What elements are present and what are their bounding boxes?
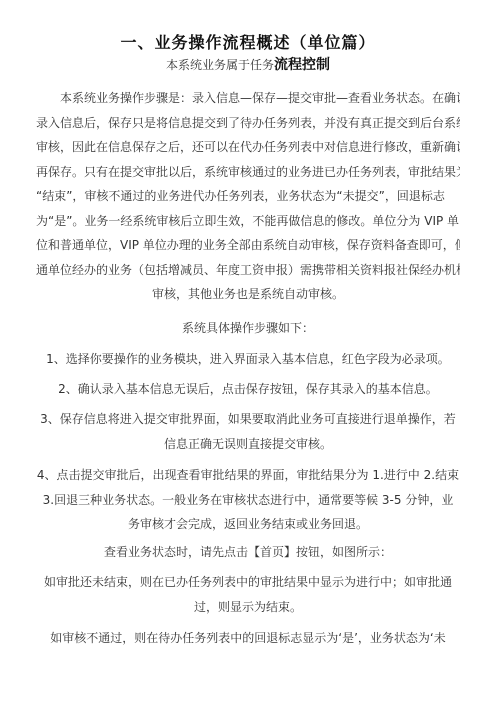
paragraph-line: 审核，其他业务也是系统自动审核。: [36, 282, 460, 307]
paragraph-line: 位和普通单位，VIP 单位办理的业务全部由系统自动审核，保存资料备查即可，但普: [36, 233, 460, 258]
paragraph-line: “结束”，审核不通过的业务进代办任务列表，业务状态为“未提交”，回退标志: [36, 184, 460, 209]
document-subtitle: 本系统业务属于任务流程控制: [0, 54, 496, 74]
subtitle-prefix: 本系统业务属于任务: [166, 58, 274, 72]
step-line: 4、点击提交审批后，出现查看审批结果的界面，审批结果分为 1.进行中 2.结束: [36, 463, 460, 488]
step-line: 3.回退三种业务状态。一般业务在审核状态进行中，通常要等候 3-5 分钟，业: [36, 488, 460, 513]
document-page: 一、业务操作流程概述（单位篇） 本系统业务属于任务流程控制 本系统业务操作步骤是…: [0, 0, 496, 702]
paragraph-line: 为“是”。业务一经系统审核后立即生效，不能再做信息的修改。单位分为 VIP 单: [36, 209, 460, 234]
step-2: 2、确认录入基本信息无误后，点击保存按钮，保存其录入的基本信息。: [36, 377, 460, 402]
step-line: 3、保存信息将进入提交审批界面，如果要取消此业务可直接进行退单操作，若: [36, 407, 460, 432]
step-line: 务审核才会完成，返回业务结束或业务回退。: [36, 512, 460, 537]
subtitle-emphasis: 流程控制: [274, 57, 330, 73]
rejection-note: 如审核不通过，则在待办任务列表中的回退标志显示为‘是’，业务状态为‘未: [36, 626, 460, 651]
step-1: 1、选择你要操作的业务模块，进入界面录入基本信息，红色字段为必录项。: [36, 347, 460, 372]
approval-pending-note: 如审批还未结束，则在已办任务列表中的审批结果中显示为进行中；如审批通 过，则显示…: [36, 570, 460, 619]
paragraph-line: 录入信息后，保存只是将信息提交到了待办任务列表，并没有真正提交到后台系统: [36, 111, 460, 136]
paragraph-line: 通单位经办的业务（包括增减员、年度工资申报）需携带相关资料报社保经办机构: [36, 258, 460, 283]
paragraph-line: 本系统业务操作步骤是：录入信息—保存—提交审批—查看业务状态。在确认: [36, 86, 460, 111]
note-line: 过，则显示为结束。: [36, 595, 460, 620]
step-line: 1、选择你要操作的业务模块，进入界面录入基本信息，红色字段为必录项。: [36, 347, 460, 372]
status-check-instruction: 查看业务状态时，请先点击【首页】按钮，如图所示：: [36, 540, 460, 565]
steps-heading: 系统具体操作步骤如下：: [36, 316, 460, 341]
step-line: 信息正确无误则直接提交审核。: [36, 432, 460, 457]
paragraph-line: 再保存。只有在提交审批以后，系统审核通过的业务进已办任务列表，审批结果为: [36, 160, 460, 185]
status-check-text: 查看业务状态时，请先点击【首页】按钮，如图所示：: [36, 540, 460, 565]
step-3: 3、保存信息将进入提交审批界面，如果要取消此业务可直接进行退单操作，若 信息正确…: [36, 407, 460, 456]
paragraph-line: 审核，因此在信息保存之后，还可以在代办任务列表中对信息进行修改，重新确认: [36, 135, 460, 160]
step-line: 2、确认录入基本信息无误后，点击保存按钮，保存其录入的基本信息。: [36, 377, 460, 402]
intro-paragraph: 本系统业务操作步骤是：录入信息—保存—提交审批—查看业务状态。在确认 录入信息后…: [36, 86, 460, 307]
steps-heading-text: 系统具体操作步骤如下：: [36, 316, 460, 341]
step-4: 4、点击提交审批后，出现查看审批结果的界面，审批结果分为 1.进行中 2.结束 …: [36, 463, 460, 537]
note-line: 如审批还未结束，则在已办任务列表中的审批结果中显示为进行中；如审批通: [36, 570, 460, 595]
document-title: 一、业务操作流程概述（单位篇）: [0, 30, 496, 53]
rejection-text: 如审核不通过，则在待办任务列表中的回退标志显示为‘是’，业务状态为‘未: [36, 626, 460, 651]
